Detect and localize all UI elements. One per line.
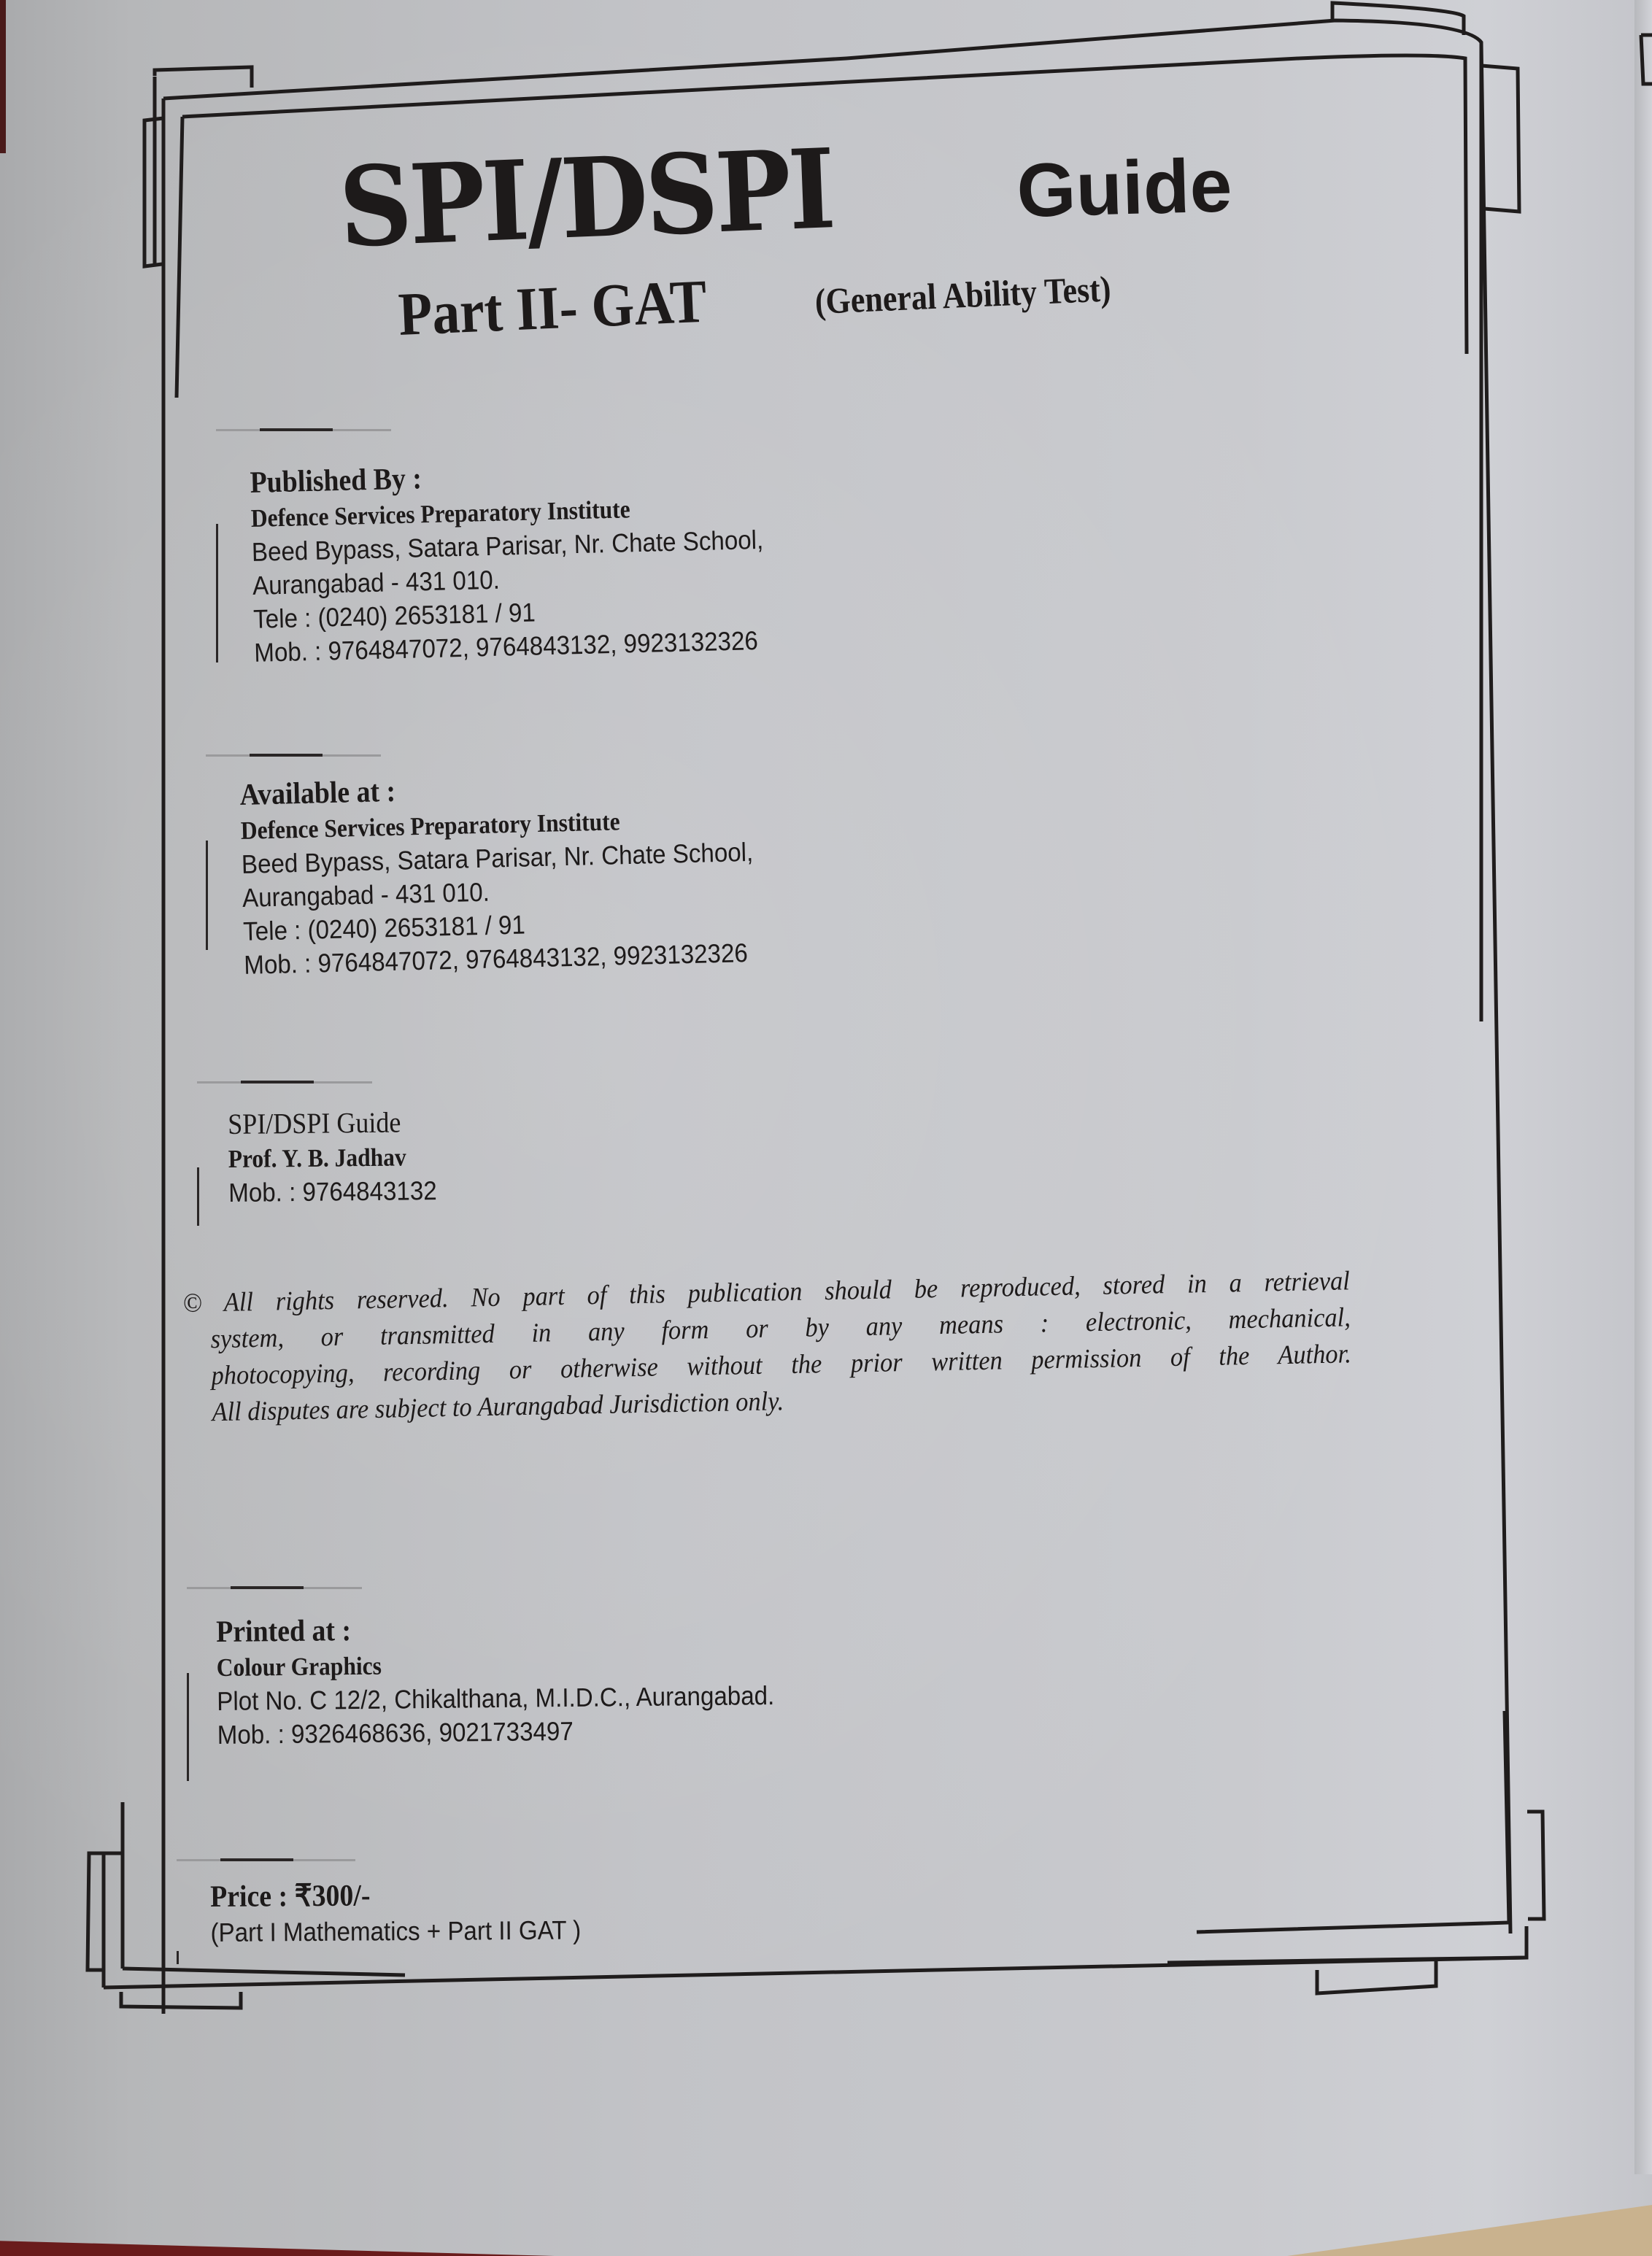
section-divider: [177, 1859, 355, 1861]
section-divider: [197, 1081, 372, 1083]
price-label: Price :: [210, 1880, 287, 1914]
book-title-suffix: Guide: [1016, 147, 1232, 229]
section-bar: [216, 524, 218, 662]
book-subtitle: Part II- GAT: [397, 271, 708, 346]
author-name: Prof. Y. B. Jadhav: [228, 1140, 433, 1176]
author-mobile: Mob. : 9764843132: [228, 1174, 437, 1210]
section-bar: [206, 841, 208, 950]
section-divider: [216, 429, 391, 431]
section-bar: [187, 1673, 189, 1781]
section-divider: [187, 1587, 362, 1589]
printed-at-heading: Printed at :: [216, 1607, 762, 1651]
section-bar: [197, 1167, 199, 1226]
price-row: Price : ₹300/-: [210, 1876, 573, 1916]
price-amount: ₹300/-: [294, 1879, 370, 1913]
section-bar: [177, 1951, 179, 1964]
price-note: (Part I Mathematics + Part II GAT ): [210, 1913, 581, 1950]
copyright-notice: © All rights reserved. No part of this p…: [182, 1263, 1352, 1432]
book-title: SPI/DSPI: [337, 134, 835, 263]
printer-address: Plot No. C 12/2, Chikalthana, M.I.D.C., …: [217, 1679, 774, 1718]
printer-mobile: Mob. : 9326468636, 9021733497: [217, 1712, 775, 1752]
printer-name: Colour Graphics: [217, 1645, 763, 1685]
section-divider: [206, 754, 381, 757]
author-book-title: SPI/DSPI Guide: [228, 1104, 432, 1143]
copyright-symbol: ©: [182, 1288, 202, 1318]
